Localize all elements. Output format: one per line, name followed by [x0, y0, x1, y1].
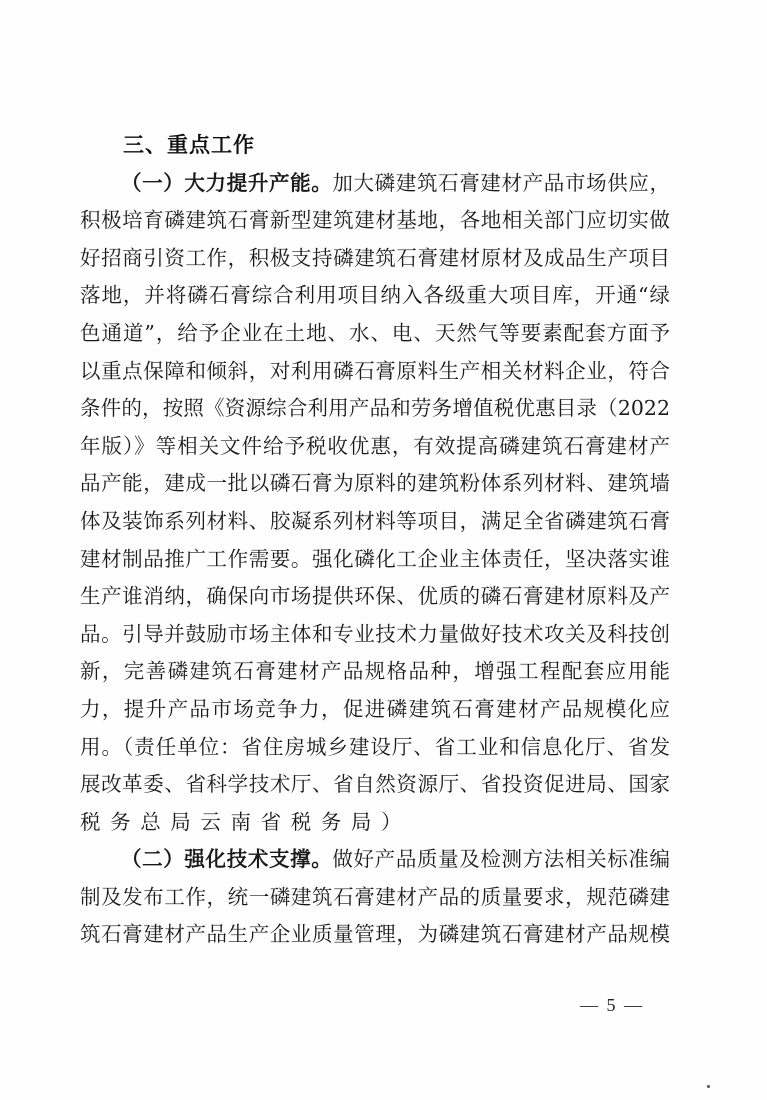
paragraph-1-line: 积极培育磷建筑石膏新型建筑建材基地，各地相关部门应切实做 — [80, 202, 670, 240]
paragraph-1-line: 用。（责任单位：省住房城乡建设厅、省工业和信息化厅、省发 — [80, 729, 670, 767]
scan-speck — [707, 1085, 710, 1088]
paragraph-2-line: 制及发布工作，统一磷建筑石膏建材产品的质量要求，规范磷建 — [80, 879, 670, 917]
paragraph-1-last-line: 税务总局云南省税务局） — [80, 804, 670, 842]
paragraph-1-line: 展改革委、省科学技术厅、省自然资源厅、省投资促进局、国家 — [80, 766, 670, 804]
paragraph-1-line: 力，提升产品市场竞争力，促进磷建筑石膏建材产品规模化应 — [80, 691, 670, 729]
paragraph-2-lead: （二）强化技术支撑。 — [121, 847, 332, 871]
paragraph-1-line: 以重点保障和倾斜，对利用磷石膏原料生产相关材料企业，符合 — [80, 353, 670, 391]
document-page: 三、重点工作 （一）大力提升产能。加大磷建筑石膏建材产品市场供应， 积极培育磷建… — [0, 0, 767, 1100]
paragraph-1-line: 年版）》等相关文件给予税收优惠，有效提高磷建筑石膏建材产 — [80, 428, 670, 466]
paragraph-1-line: 建材制品推广工作需要。强化磷化工企业主体责任，坚决落实谁 — [80, 541, 670, 579]
paragraph-1-lead: （一）大力提升产能。 — [121, 171, 332, 195]
paragraph-1-line-1-text: 加大磷建筑石膏建材产品市场供应， — [332, 171, 670, 195]
paragraph-1-line-1: （一）大力提升产能。加大磷建筑石膏建材产品市场供应， — [80, 165, 670, 203]
paragraph-2-line-1-text: 做好产品质量及检测方法相关标准编 — [332, 847, 670, 871]
paragraph-1-line: 条件的，按照《资源综合利用产品和劳务增值税优惠目录（2022 — [80, 390, 670, 428]
paragraph-1-line: 品。引导并鼓励市场主体和专业技术力量做好技术攻关及科技创 — [80, 616, 670, 654]
paragraph-1-line: 新，完善磷建筑石膏建材产品规格品种，增强工程配套应用能 — [80, 653, 670, 691]
document-body: 三、重点工作 （一）大力提升产能。加大磷建筑石膏建材产品市场供应， 积极培育磷建… — [80, 127, 670, 954]
page-number: — 5 — — [580, 990, 644, 1020]
paragraph-2-line: 筑石膏建材产品生产企业质量管理，为磷建筑石膏建材产品规模 — [80, 916, 670, 954]
paragraph-1-line: 色通道”，给予企业在土地、水、电、天然气等要素配套方面予 — [80, 315, 670, 353]
paragraph-1-line: 生产谁消纳，确保向市场提供环保、优质的磷石膏建材原料及产 — [80, 578, 670, 616]
section-heading: 三、重点工作 — [80, 127, 670, 165]
paragraph-2-line-1: （二）强化技术支撑。做好产品质量及检测方法相关标准编 — [80, 841, 670, 879]
paragraph-1-line: 品产能，建成一批以磷石膏为原料的建筑粉体系列材料、建筑墙 — [80, 465, 670, 503]
paragraph-1-line: 落地，并将磷石膏综合利用项目纳入各级重大项目库，开通“绿 — [80, 277, 670, 315]
paragraph-1-line: 体及装饰系列材料、胶凝系列材料等项目，满足全省磷建筑石膏 — [80, 503, 670, 541]
paragraph-1-line: 好招商引资工作，积极支持磷建筑石膏建材原材及成品生产项目 — [80, 240, 670, 278]
